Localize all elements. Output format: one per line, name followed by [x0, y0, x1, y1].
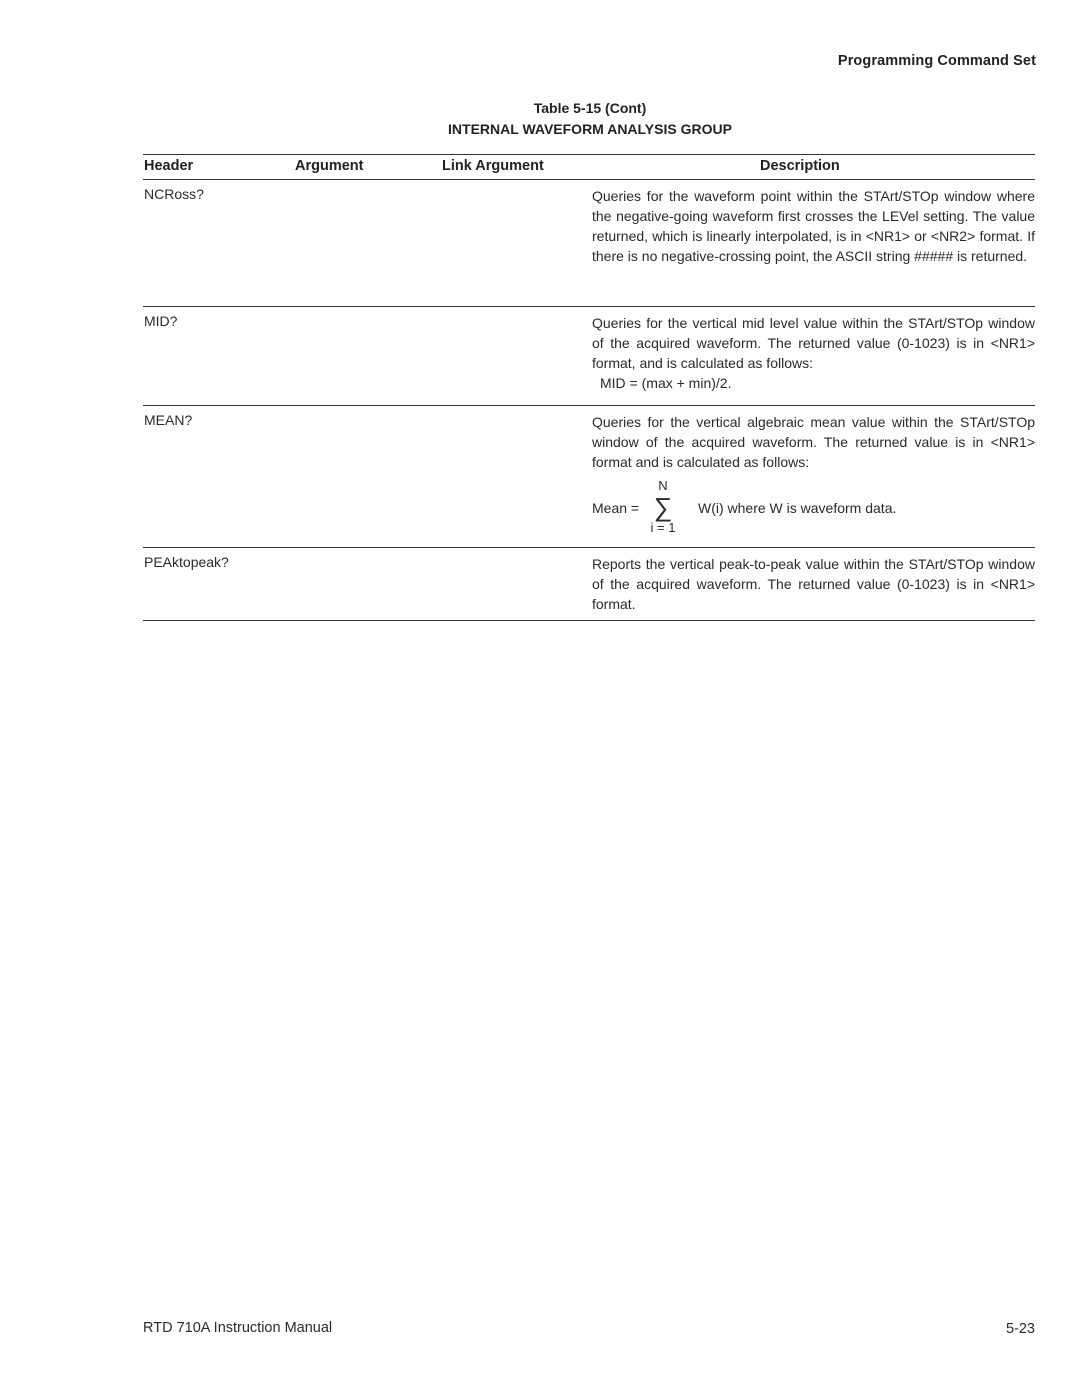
sigma-icon: ∑ — [648, 494, 678, 520]
column-header-header: Header — [144, 158, 193, 174]
command-description: Queries for the vertical mid level value… — [592, 307, 1035, 399]
command-description: Queries for the vertical algebraic mean … — [592, 406, 1035, 548]
formula-body: W(i) where W is waveform data. — [698, 498, 896, 518]
description-text: Queries for the vertical algebraic mean … — [592, 412, 1035, 472]
column-header-link-argument: Link Argument — [442, 158, 544, 174]
table-header-row: Header Argument Link Argument Descriptio… — [143, 154, 1035, 180]
description-text: Queries for the waveform point within th… — [592, 186, 1035, 266]
description-text: Reports the vertical peak-to-peak value … — [592, 554, 1035, 614]
table-title: Table 5-15 (Cont) — [0, 100, 1080, 116]
table-row: NCRoss? Queries for the waveform point w… — [143, 180, 1035, 307]
table-row: MEAN? Queries for the vertical algebraic… — [143, 406, 1035, 548]
column-header-argument: Argument — [295, 158, 363, 174]
footer-page-number: 5-23 — [1006, 1321, 1035, 1337]
mean-formula: Mean = N ∑ i = 1 W(i) where W is wavefor… — [592, 474, 1035, 542]
table-row: PEAktopeak? Reports the vertical peak-to… — [143, 548, 1035, 621]
table-row: MID? Queries for the vertical mid level … — [143, 307, 1035, 406]
command-name: NCRoss? — [144, 186, 204, 202]
command-table: Header Argument Link Argument Descriptio… — [143, 154, 1035, 621]
command-description: Reports the vertical peak-to-peak value … — [592, 548, 1035, 620]
formula-label: Mean = — [592, 498, 639, 518]
table-subtitle: INTERNAL WAVEFORM ANALYSIS GROUP — [0, 121, 1080, 137]
summation: N ∑ i = 1 — [648, 478, 678, 536]
mid-formula: MID = (max + min)/2. — [592, 373, 1035, 393]
command-name: MEAN? — [144, 412, 192, 428]
column-header-description: Description — [760, 158, 840, 174]
running-head: Programming Command Set — [838, 53, 1036, 69]
command-name: MID? — [144, 313, 177, 329]
command-description: Queries for the waveform point within th… — [592, 180, 1035, 272]
command-name: PEAktopeak? — [144, 554, 229, 570]
summation-lower-bound: i = 1 — [648, 520, 678, 536]
footer-manual-title: RTD 710A Instruction Manual — [143, 1320, 332, 1336]
description-text: Queries for the vertical mid level value… — [592, 313, 1035, 373]
